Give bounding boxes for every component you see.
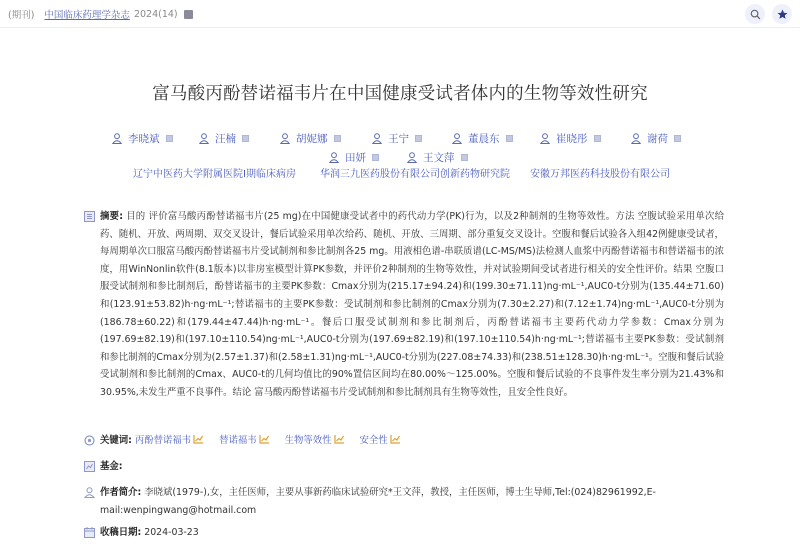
author-link[interactable]: 田妍 [329,150,379,165]
author-link[interactable]: 崔晓彤 [540,131,601,146]
person-icon [407,152,417,163]
author-info-icon[interactable] [372,154,379,161]
affiliation-link[interactable]: 安徽万邦医药科技股份有限公司 [530,165,670,180]
search-icon [750,9,761,20]
author-link[interactable]: 汪楠 [199,131,249,146]
affiliation-link[interactable]: 华润三九医药股份有限公司创新药物研究院 [320,165,510,180]
author-info-icon[interactable] [334,135,341,142]
person-icon [199,133,209,144]
chart-icon[interactable] [334,434,345,444]
author-link[interactable]: 胡妮娜 [280,131,341,146]
chart-icon[interactable] [390,434,401,444]
author-link[interactable]: 王宁 [372,131,422,146]
document-icon [84,211,95,222]
chart-icon[interactable] [259,434,270,444]
author-bio-label: 作者简介: [100,487,141,498]
tag-icon [84,435,95,446]
author-name: 董晨东 [468,131,500,146]
received-label: 收稿日期: [100,527,141,538]
fund-section: 基金: [84,458,724,476]
author-info-icon[interactable] [506,135,513,142]
publication-type: (期刊) [8,7,34,21]
star-icon [777,9,788,20]
fund-icon [84,461,95,472]
keywords-section: 关键词: 丙酚替诺福韦 替诺福韦 生物等效性 安全性 [84,432,724,450]
abstract-text: 目的 评价富马酸丙酚替诺福韦片(25 mg)在中国健康受试者中的药代动力学(PK… [100,211,724,398]
fund-label: 基金: [100,461,123,472]
abstract-label: 摘要: [100,211,123,222]
author-name: 崔晓彤 [556,131,588,146]
keyword-link[interactable]: 丙酚替诺福韦 [135,435,191,446]
author-info-icon[interactable] [594,135,601,142]
author-name: 谢荷 [647,131,668,146]
issue-label: 2024(14) [134,9,178,20]
article-title: 富马酸丙酚替诺福韦片在中国健康受试者体内的生物等效性研究 [0,80,800,105]
author-bio-text: 李晓斌(1979-),女，主任医师，主要从事新药临床试验研究*王文萍，教授，主任… [100,487,656,516]
author-name: 王文萍 [423,150,455,165]
person-icon [631,133,641,144]
author-name: 王宁 [388,131,409,146]
author-name: 李晓斌 [128,131,160,146]
calendar-icon [84,527,95,538]
author-link[interactable]: 李晓斌 [112,131,173,146]
favorite-button[interactable] [772,4,792,24]
person-icon [452,133,462,144]
affiliation-link[interactable]: 辽宁中医药大学附属医院Ⅰ期临床病房 [133,165,296,180]
author-name: 汪楠 [215,131,236,146]
person-icon [280,133,290,144]
author-info-icon[interactable] [674,135,681,142]
keyword-link[interactable]: 替诺福韦 [219,435,257,446]
top-bar: (期刊) 中国临床药理学杂志 2024(14) [0,0,800,28]
author-link[interactable]: 谢荷 [631,131,681,146]
received-section: 收稿日期: 2024-03-23 [84,524,724,542]
keyword-link[interactable]: 安全性 [359,435,387,446]
person-icon [112,133,122,144]
person-icon [372,133,382,144]
person-icon [84,487,95,498]
search-button[interactable] [745,4,765,24]
author-bio-section: 作者简介: 李晓斌(1979-),女，主任医师，主要从事新药临床试验研究*王文萍… [84,484,724,519]
keywords-label: 关键词: [100,435,132,446]
breadcrumb: (期刊) 中国临床药理学杂志 2024(14) [8,7,193,21]
author-info-icon[interactable] [242,135,249,142]
journal-link[interactable]: 中国临床药理学杂志 [44,7,130,21]
keyword-link[interactable]: 生物等效性 [285,435,332,446]
catalog-icon[interactable] [184,10,193,19]
author-name: 胡妮娜 [296,131,328,146]
received-date: 2024-03-23 [144,527,198,538]
author-info-icon[interactable] [415,135,422,142]
author-link[interactable]: 王文萍 [407,150,468,165]
author-name: 田妍 [345,150,366,165]
author-link[interactable]: 董晨东 [452,131,513,146]
chart-icon[interactable] [193,434,204,444]
person-icon [540,133,550,144]
abstract-section: 摘要: 目的 评价富马酸丙酚替诺福韦片(25 mg)在中国健康受试者中的药代动力… [84,208,724,402]
person-icon [329,152,339,163]
author-info-icon[interactable] [166,135,173,142]
author-info-icon[interactable] [461,154,468,161]
